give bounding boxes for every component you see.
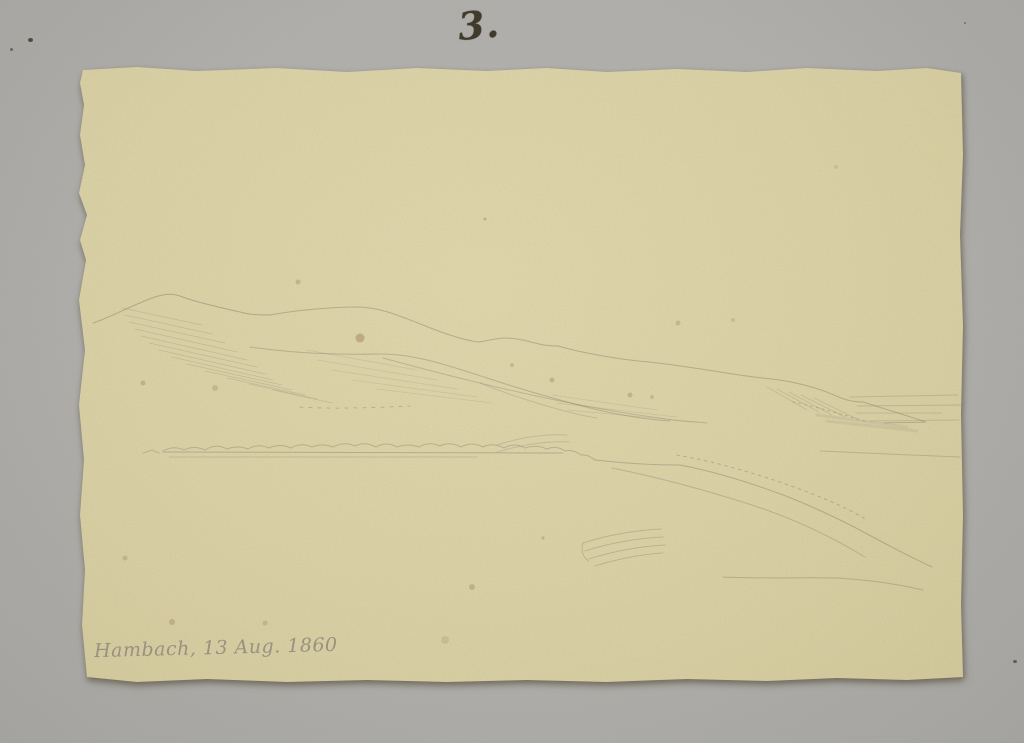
paper-wrapper: Hambach, 13 Aug. 1860 [77, 65, 963, 683]
mount-speck [964, 22, 966, 24]
mount-speck [1013, 660, 1017, 663]
scanned-drawing-page: { "mount": { "sheet_number": "3.", "boar… [0, 0, 1024, 743]
foxing-stains [123, 165, 839, 644]
foreground [582, 455, 932, 590]
foreground-hatch-patch [582, 529, 665, 566]
sketch-paper: Hambach, 13 Aug. 1860 [77, 65, 963, 683]
far-slope [250, 307, 926, 431]
tree-row [143, 435, 595, 460]
steep-end-hatching [767, 387, 857, 419]
landscape-sketch [77, 65, 963, 683]
left-hill-hatching [122, 308, 332, 403]
mount-speck [28, 38, 33, 42]
sheet-number: 3. [456, 0, 530, 49]
mount-speck [10, 48, 13, 51]
